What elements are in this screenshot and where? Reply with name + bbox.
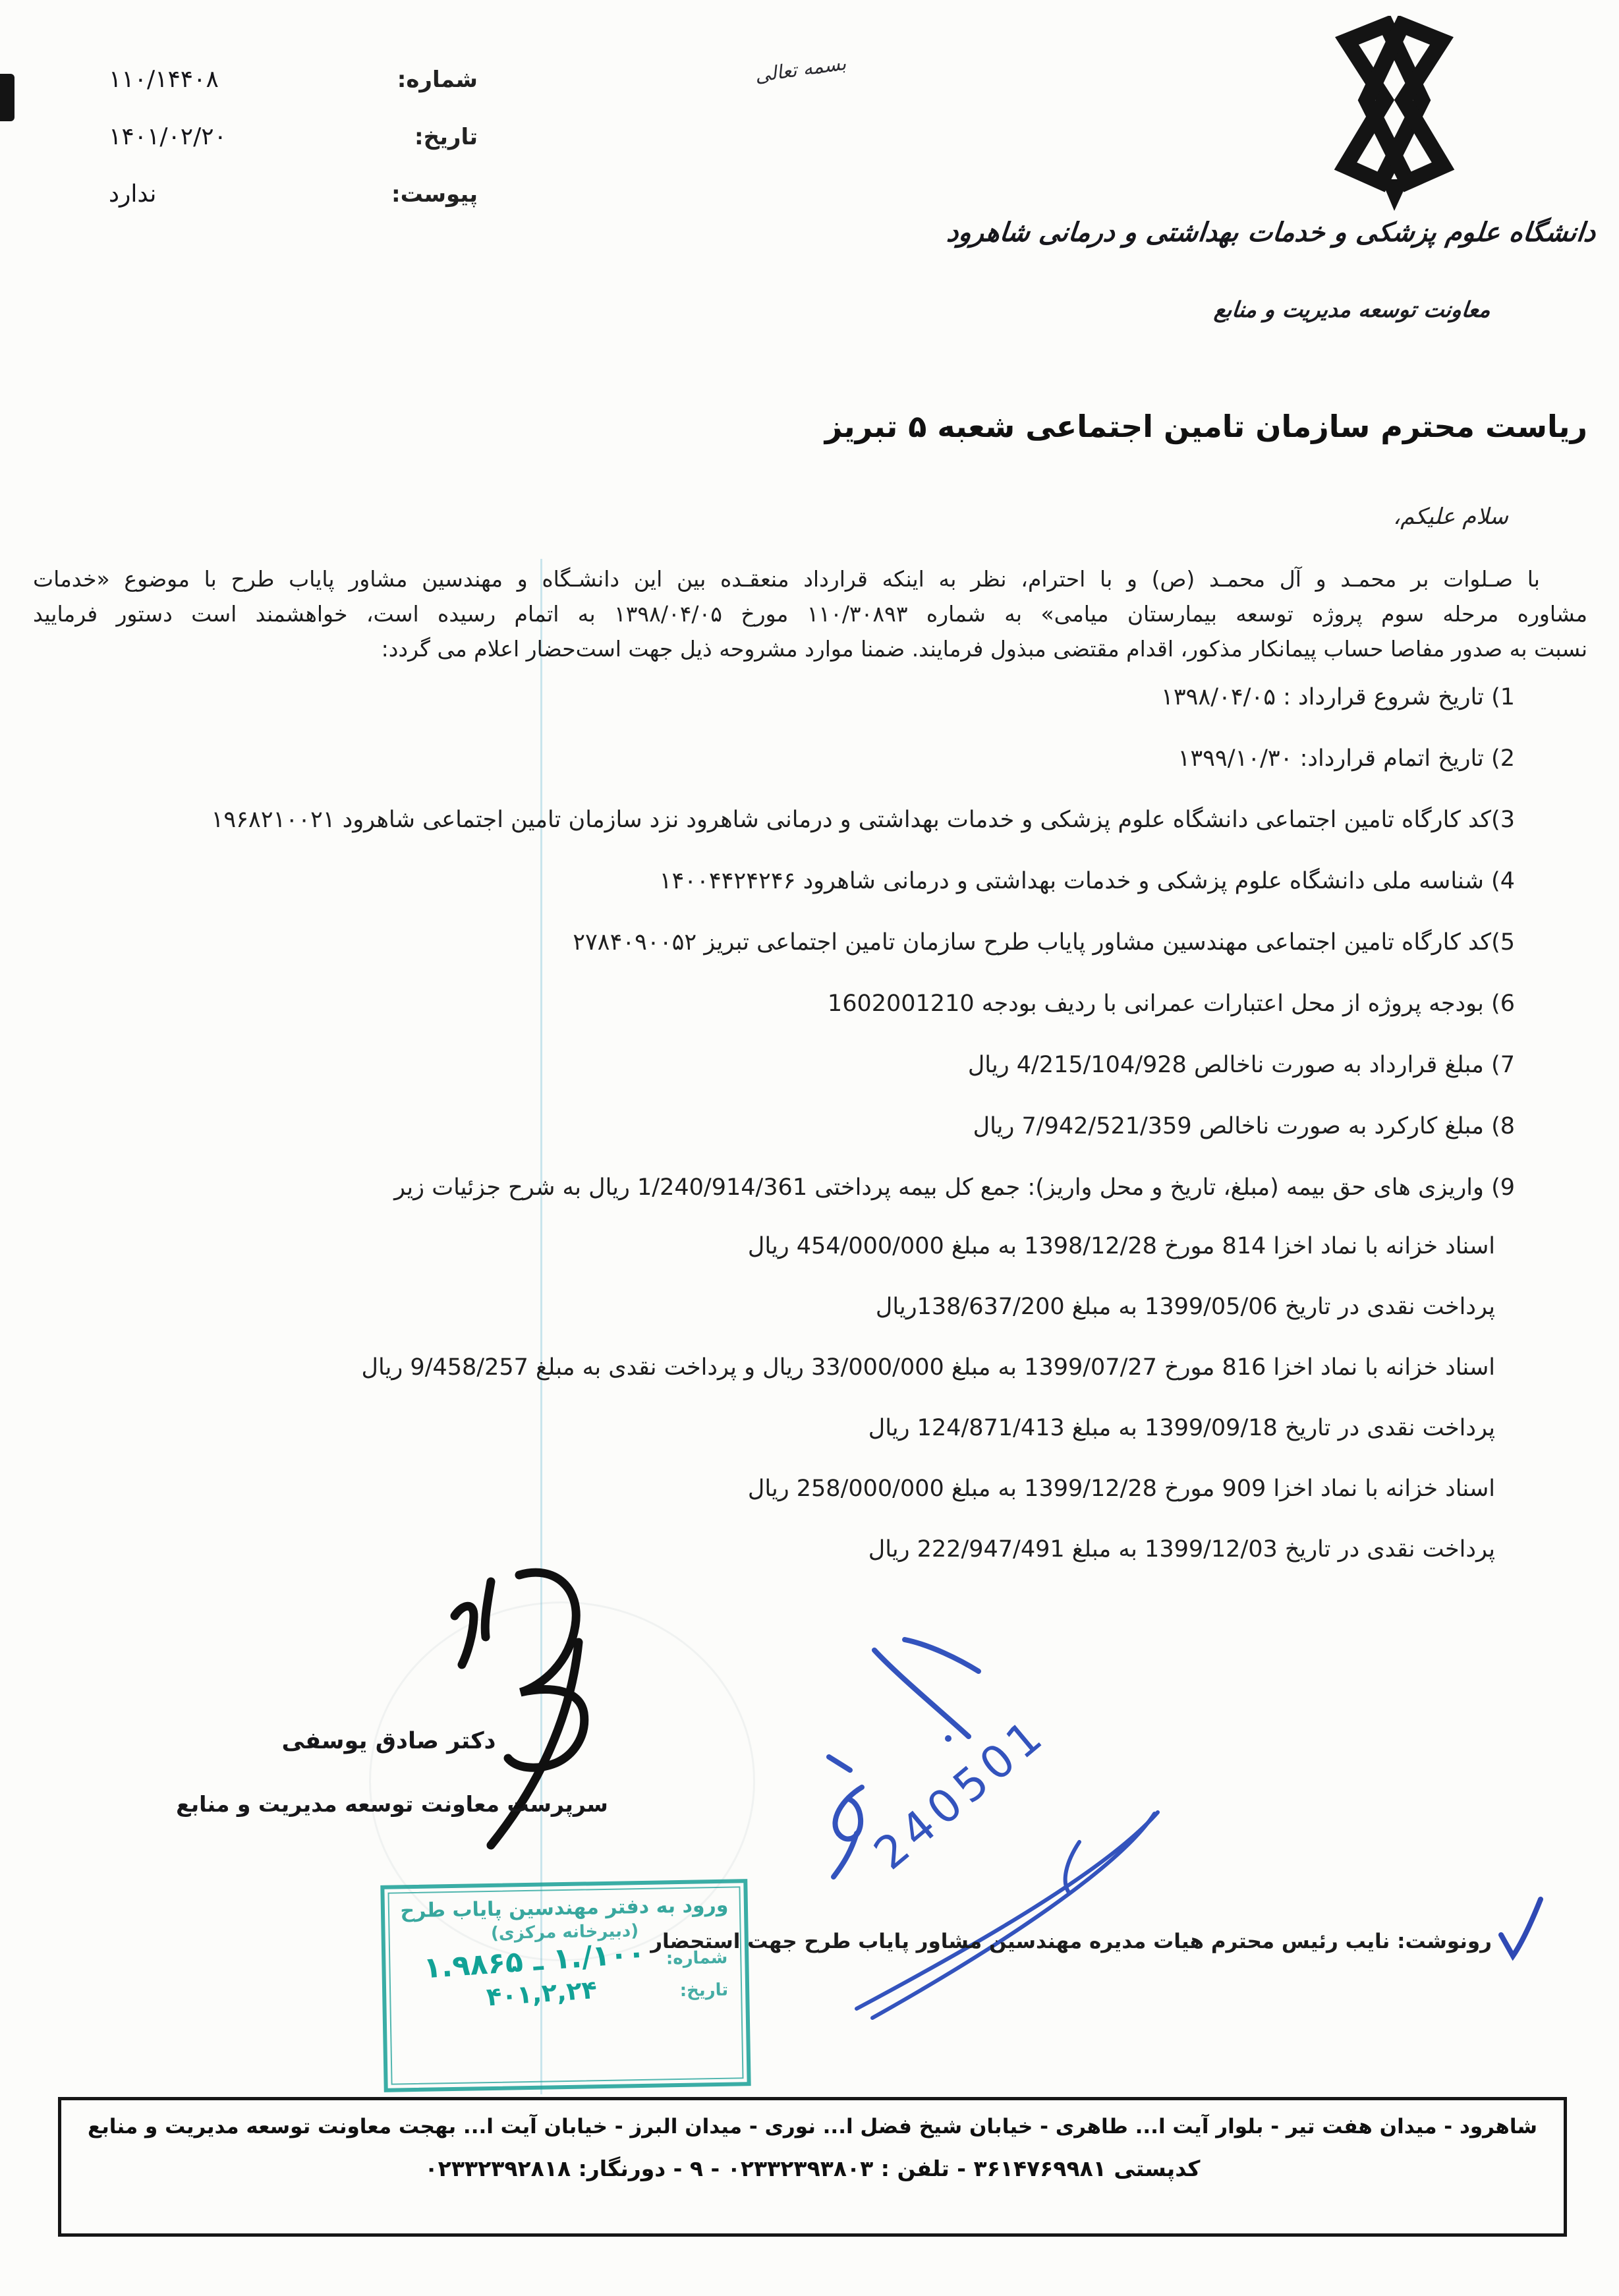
list-item: 9) واریزی های حق بیمه (مبلغ، تاریخ و محل… <box>36 1157 1515 1219</box>
list-item: 7) مبلغ قرارداد به صورت ناخالص 4/215/104… <box>36 1035 1515 1096</box>
entry-stamp: ورود به دفتر مهندسین پایاب طرح (دبیرخانه… <box>380 1879 751 2092</box>
cc-note: رونوشت: نایب رئیس محترم هیات مدیره مهندس… <box>650 1930 1492 1953</box>
footer-address-box: شاهرود - میدان هفت تیر - بلوار آیت ا... … <box>58 2097 1567 2237</box>
payment-line: اسناد خزانه با نماد اخزا 814 مورخ 1398/1… <box>36 1216 1495 1277</box>
footer-contact: کدپستی ۳۶۱۴۷۶۹۹۸۱ - تلفن : ۰۲۳۳۲۳۹۳۸۰۳ -… <box>61 2156 1564 2181</box>
handwritten-number: 240501 <box>865 1708 1056 1880</box>
stamp-title: ورود به دفتر مهندسین پایاب طرح <box>385 1893 745 1923</box>
date-value: ۱۴۰۱/۰۲/۲۰ <box>109 123 227 150</box>
stamp-date-label: تاریخ: <box>679 1980 728 2001</box>
letter-meta-block: شماره: ۱۱۰/۱۴۴۰۸ تاریخ: ۱۴۰۱/۰۲/۲۰ پیوست… <box>109 66 478 238</box>
stamp-number-label: شماره: <box>666 1947 728 1968</box>
list-item: 8) مبلغ کارکرد به صورت ناخالص 7/942/521/… <box>36 1096 1515 1157</box>
payment-line: اسناد خزانه با نماد اخزا 816 مورخ 1399/0… <box>36 1337 1495 1398</box>
blue-pen-annotations: 240501 <box>725 1568 1581 2030</box>
signer-name: دکتر صادق یوسفی <box>244 1728 534 1754</box>
recipient-title: ریاست محترم سازمان تامین اجتماعی شعبه ۵ … <box>825 409 1587 444</box>
payment-details-list: اسناد خزانه با نماد اخزا 814 مورخ 1398/1… <box>36 1216 1495 1580</box>
payment-line: اسناد خزانه با نماد اخزا 909 مورخ 1399/1… <box>36 1458 1495 1519</box>
stamp-number-row: شماره: ۱۰۰/.۱ ـ ۱.۹۸۶۵ <box>385 1940 745 1980</box>
university-name: دانشگاه علوم پزشکی و خدمات بهداشتی و درم… <box>946 217 1597 248</box>
list-item: 6) بودجه پروژه از محل اعتبارات عمرانی با… <box>36 973 1515 1035</box>
attachment-value: ندارد <box>109 181 156 208</box>
meta-row-attachment: پیوست: ندارد <box>109 181 478 208</box>
list-item: 2) تاریخ اتمام قرارداد: ۱۳۹۹/۱۰/۳۰ <box>36 728 1515 789</box>
footer-address: شاهرود - میدان هفت تیر - بلوار آیت ا... … <box>61 2115 1564 2138</box>
body-line: نسبت به صدور مفاصا حساب پیمانکار مذکور، … <box>33 631 1587 666</box>
list-item: 3)کد کارگاه تامین اجتماعی دانشگاه علوم پ… <box>36 789 1515 851</box>
date-label: تاریخ: <box>414 124 478 150</box>
attachment-label: پیوست: <box>391 181 478 208</box>
list-item: 1) تاریخ شروع قرارداد : ۱۳۹۸/۰۴/۰۵ <box>36 667 1515 728</box>
list-item: 4) شناسه ملی دانشگاه علوم پزشکی و خدمات … <box>36 851 1515 912</box>
scan-edge-mark <box>0 74 14 121</box>
numbered-items-list: 1) تاریخ شروع قرارداد : ۱۳۹۸/۰۴/۰۵ 2) تا… <box>36 667 1515 1219</box>
university-knot-logo-icon <box>1313 16 1476 214</box>
besmeleh-calligraphy: بسمه تعالی <box>753 51 847 86</box>
scanned-letter-page: شماره: ۱۱۰/۱۴۴۰۸ تاریخ: ۱۴۰۱/۰۲/۲۰ پیوست… <box>0 0 1619 2296</box>
checkmark-icon <box>1501 1899 1541 1956</box>
deputy-name: معاونت توسعه مدیریت و منابع <box>1213 297 1492 322</box>
signer-role: سرپرست معاونت توسعه مدیریت و منابع <box>142 1791 642 1817</box>
salutation: سلام علیکم، <box>1393 503 1508 530</box>
payment-line: پرداخت نقدی در تاریخ 1399/09/18 به مبلغ … <box>36 1398 1495 1458</box>
letter-body: با صـلوات بر محمـد و آل محمـد (ص) و با ا… <box>33 561 1587 666</box>
number-value: ۱۱۰/۱۴۴۰۸ <box>109 66 219 93</box>
body-line: با صـلوات بر محمـد و آل محمـد (ص) و با ا… <box>33 561 1587 596</box>
body-line: مشاوره مرحله سوم پروژه توسعه بیمارستان م… <box>33 596 1587 631</box>
payment-line: پرداخت نقدی در تاریخ 1399/05/06 به مبلغ … <box>36 1277 1495 1337</box>
list-item: 5)کد کارگاه تامین اجتماعی مهندسین مشاور … <box>36 912 1515 973</box>
meta-row-date: تاریخ: ۱۴۰۱/۰۲/۲۰ <box>109 123 478 150</box>
meta-row-number: شماره: ۱۱۰/۱۴۴۰۸ <box>109 66 478 93</box>
number-label: شماره: <box>397 67 478 93</box>
